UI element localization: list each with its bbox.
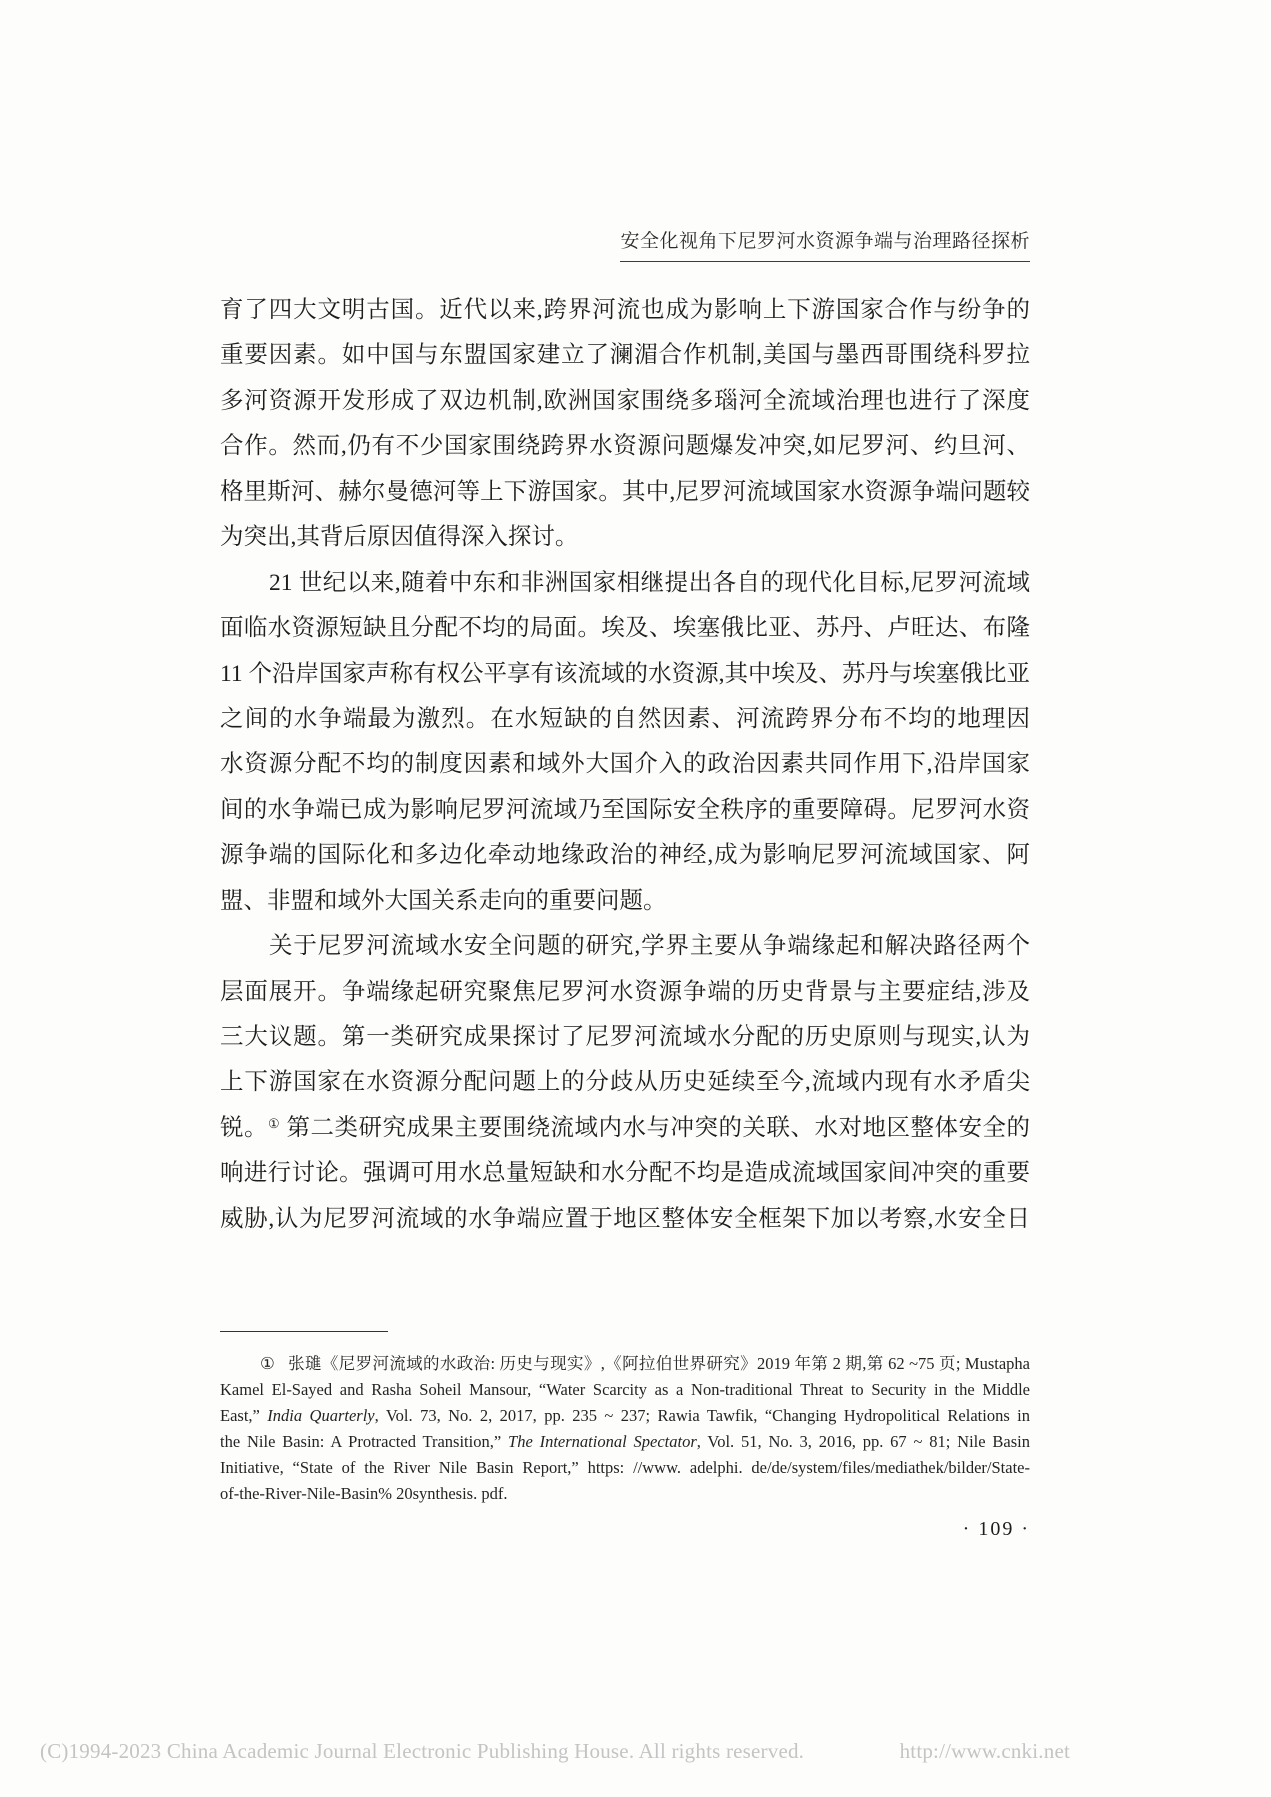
footnote-text: the Nile Basin: A Protracted Transition,… bbox=[220, 1432, 508, 1451]
body-line: 三大议题。第一类研究成果探讨了尼罗河流域水分配的历史原则与现实,认为 bbox=[220, 1015, 1030, 1060]
footnote-line: Kamel El-Sayed and Rasha Soheil Mansour,… bbox=[220, 1377, 1030, 1403]
page-number: · 109 · bbox=[220, 1518, 1030, 1541]
footnote-line: Initiative, “State of the River Nile Bas… bbox=[220, 1455, 1030, 1481]
body-line: 面临水资源短缺且分配不均的局面。埃及、埃塞俄比亚、苏丹、卢旺达、布隆迪等 bbox=[220, 606, 1030, 651]
body-line: 合作。然而,仍有不少国家围绕跨界水资源问题爆发冲突,如尼罗河、约旦河、底 bbox=[220, 424, 1030, 469]
body-line: 锐。① 第二类研究成果主要围绕流域内水与冲突的关联、水对地区整体安全的影 bbox=[220, 1106, 1030, 1151]
body-line: 21 世纪以来,随着中东和非洲国家相继提出各自的现代化目标,尼罗河流域 bbox=[220, 561, 1030, 606]
body-line: 重要因素。如中国与东盟国家建立了澜湄合作机制,美国与墨西哥围绕科罗拉 bbox=[220, 333, 1030, 378]
footnote-line: ①张璡《尼罗河流域的水政治: 历史与现实》,《阿拉伯世界研究》2019 年第 2… bbox=[220, 1351, 1030, 1377]
body-line-text: 锐。 bbox=[220, 1115, 268, 1141]
footnote-text: , Vol. 73, No. 2, 2017, pp. 235 ~ 237; R… bbox=[375, 1406, 1030, 1425]
footnote-block: ①张璡《尼罗河流域的水政治: 历史与现实》,《阿拉伯世界研究》2019 年第 2… bbox=[220, 1351, 1030, 1507]
cnki-url: http://www.cnki.net bbox=[900, 1739, 1070, 1764]
body-line: 格里斯河、赫尔曼德河等上下游国家。其中,尼罗河流域国家水资源争端问题较 bbox=[220, 470, 1030, 515]
footnote-line: of-the-River-Nile-Basin% 20synthesis. pd… bbox=[220, 1481, 1030, 1507]
footnote-text: 张璡《尼罗河流域的水政治: 历史与现实》,《阿拉伯世界研究》2019 年第 2 … bbox=[288, 1354, 1030, 1373]
body-line: 响进行讨论。强调可用水总量短缺和水分配不均是造成流域国家间冲突的重要 bbox=[220, 1151, 1030, 1196]
body-line: 源争端的国际化和多边化牵动地缘政治的神经,成为影响尼罗河流域国家、阿 bbox=[220, 833, 1030, 878]
body-line: 上下游国家在水资源分配问题上的分歧从历史延续至今,流域内现有水矛盾尖 bbox=[220, 1060, 1030, 1105]
footnote-marker: ① bbox=[260, 1354, 275, 1373]
body-line: 为突出,其背后原因值得深入探讨。 bbox=[220, 515, 1030, 560]
body-line: 盟、非盟和域外大国关系走向的重要问题。 bbox=[220, 879, 1030, 924]
journal-page: 安全化视角下尼罗河水资源争端与治理路径探析 育了四大文明古国。近代以来,跨界河流… bbox=[0, 0, 1271, 1797]
footnote-reference: ① bbox=[268, 1116, 280, 1131]
journal-title-italic: India Quarterly bbox=[267, 1406, 374, 1425]
body-line-text: 第二类研究成果主要围绕流域内水与冲突的关联、水对地区整体安全的影 bbox=[220, 1115, 1030, 1151]
body-line: 11 个沿岸国家声称有权公平享有该流域的水资源,其中埃及、苏丹与埃塞俄比亚 bbox=[220, 652, 1030, 697]
body-line: 水资源分配不均的制度因素和域外大国介入的政治因素共同作用下,沿岸国家 bbox=[220, 742, 1030, 787]
body-line: 间的水争端已成为影响尼罗河流域乃至国际安全秩序的重要障碍。尼罗河水资 bbox=[220, 788, 1030, 833]
running-title: 安全化视角下尼罗河水资源争端与治理路径探析 bbox=[620, 226, 1030, 262]
body-line: 育了四大文明古国。近代以来,跨界河流也成为影响上下游国家合作与纷争的 bbox=[220, 288, 1030, 333]
footnote-text: , Vol. 51, No. 3, 2016, pp. 67 ~ 81; Nil… bbox=[697, 1432, 1030, 1451]
journal-title-italic: The International Spectator bbox=[508, 1432, 697, 1451]
footnote-separator bbox=[220, 1331, 388, 1332]
running-head: 安全化视角下尼罗河水资源争端与治理路径探析 bbox=[620, 226, 1030, 262]
body-line: 层面展开。争端缘起研究聚焦尼罗河水资源争端的历史背景与主要症结,涉及 bbox=[220, 970, 1030, 1015]
footnote-text: East,” bbox=[220, 1406, 267, 1425]
body-text: 育了四大文明古国。近代以来,跨界河流也成为影响上下游国家合作与纷争的 重要因素。… bbox=[220, 288, 1030, 1242]
body-line: 之间的水争端最为激烈。在水短缺的自然因素、河流跨界分布不均的地理因素、 bbox=[220, 697, 1030, 742]
body-line: 威胁,认为尼罗河流域的水争端应置于地区整体安全框架下加以考察,水安全日 bbox=[220, 1197, 1030, 1242]
body-line: 关于尼罗河流域水安全问题的研究,学界主要从争端缘起和解决路径两个 bbox=[220, 924, 1030, 969]
footnote-line: the Nile Basin: A Protracted Transition,… bbox=[220, 1429, 1030, 1455]
copyright-text: (C)1994-2023 China Academic Journal Elec… bbox=[40, 1739, 804, 1764]
cnki-footer: (C)1994-2023 China Academic Journal Elec… bbox=[40, 1739, 1070, 1764]
body-line: 多河资源开发形成了双边机制,欧洲国家围绕多瑙河全流域治理也进行了深度 bbox=[220, 379, 1030, 424]
footnote-line: East,” India Quarterly, Vol. 73, No. 2, … bbox=[220, 1403, 1030, 1429]
